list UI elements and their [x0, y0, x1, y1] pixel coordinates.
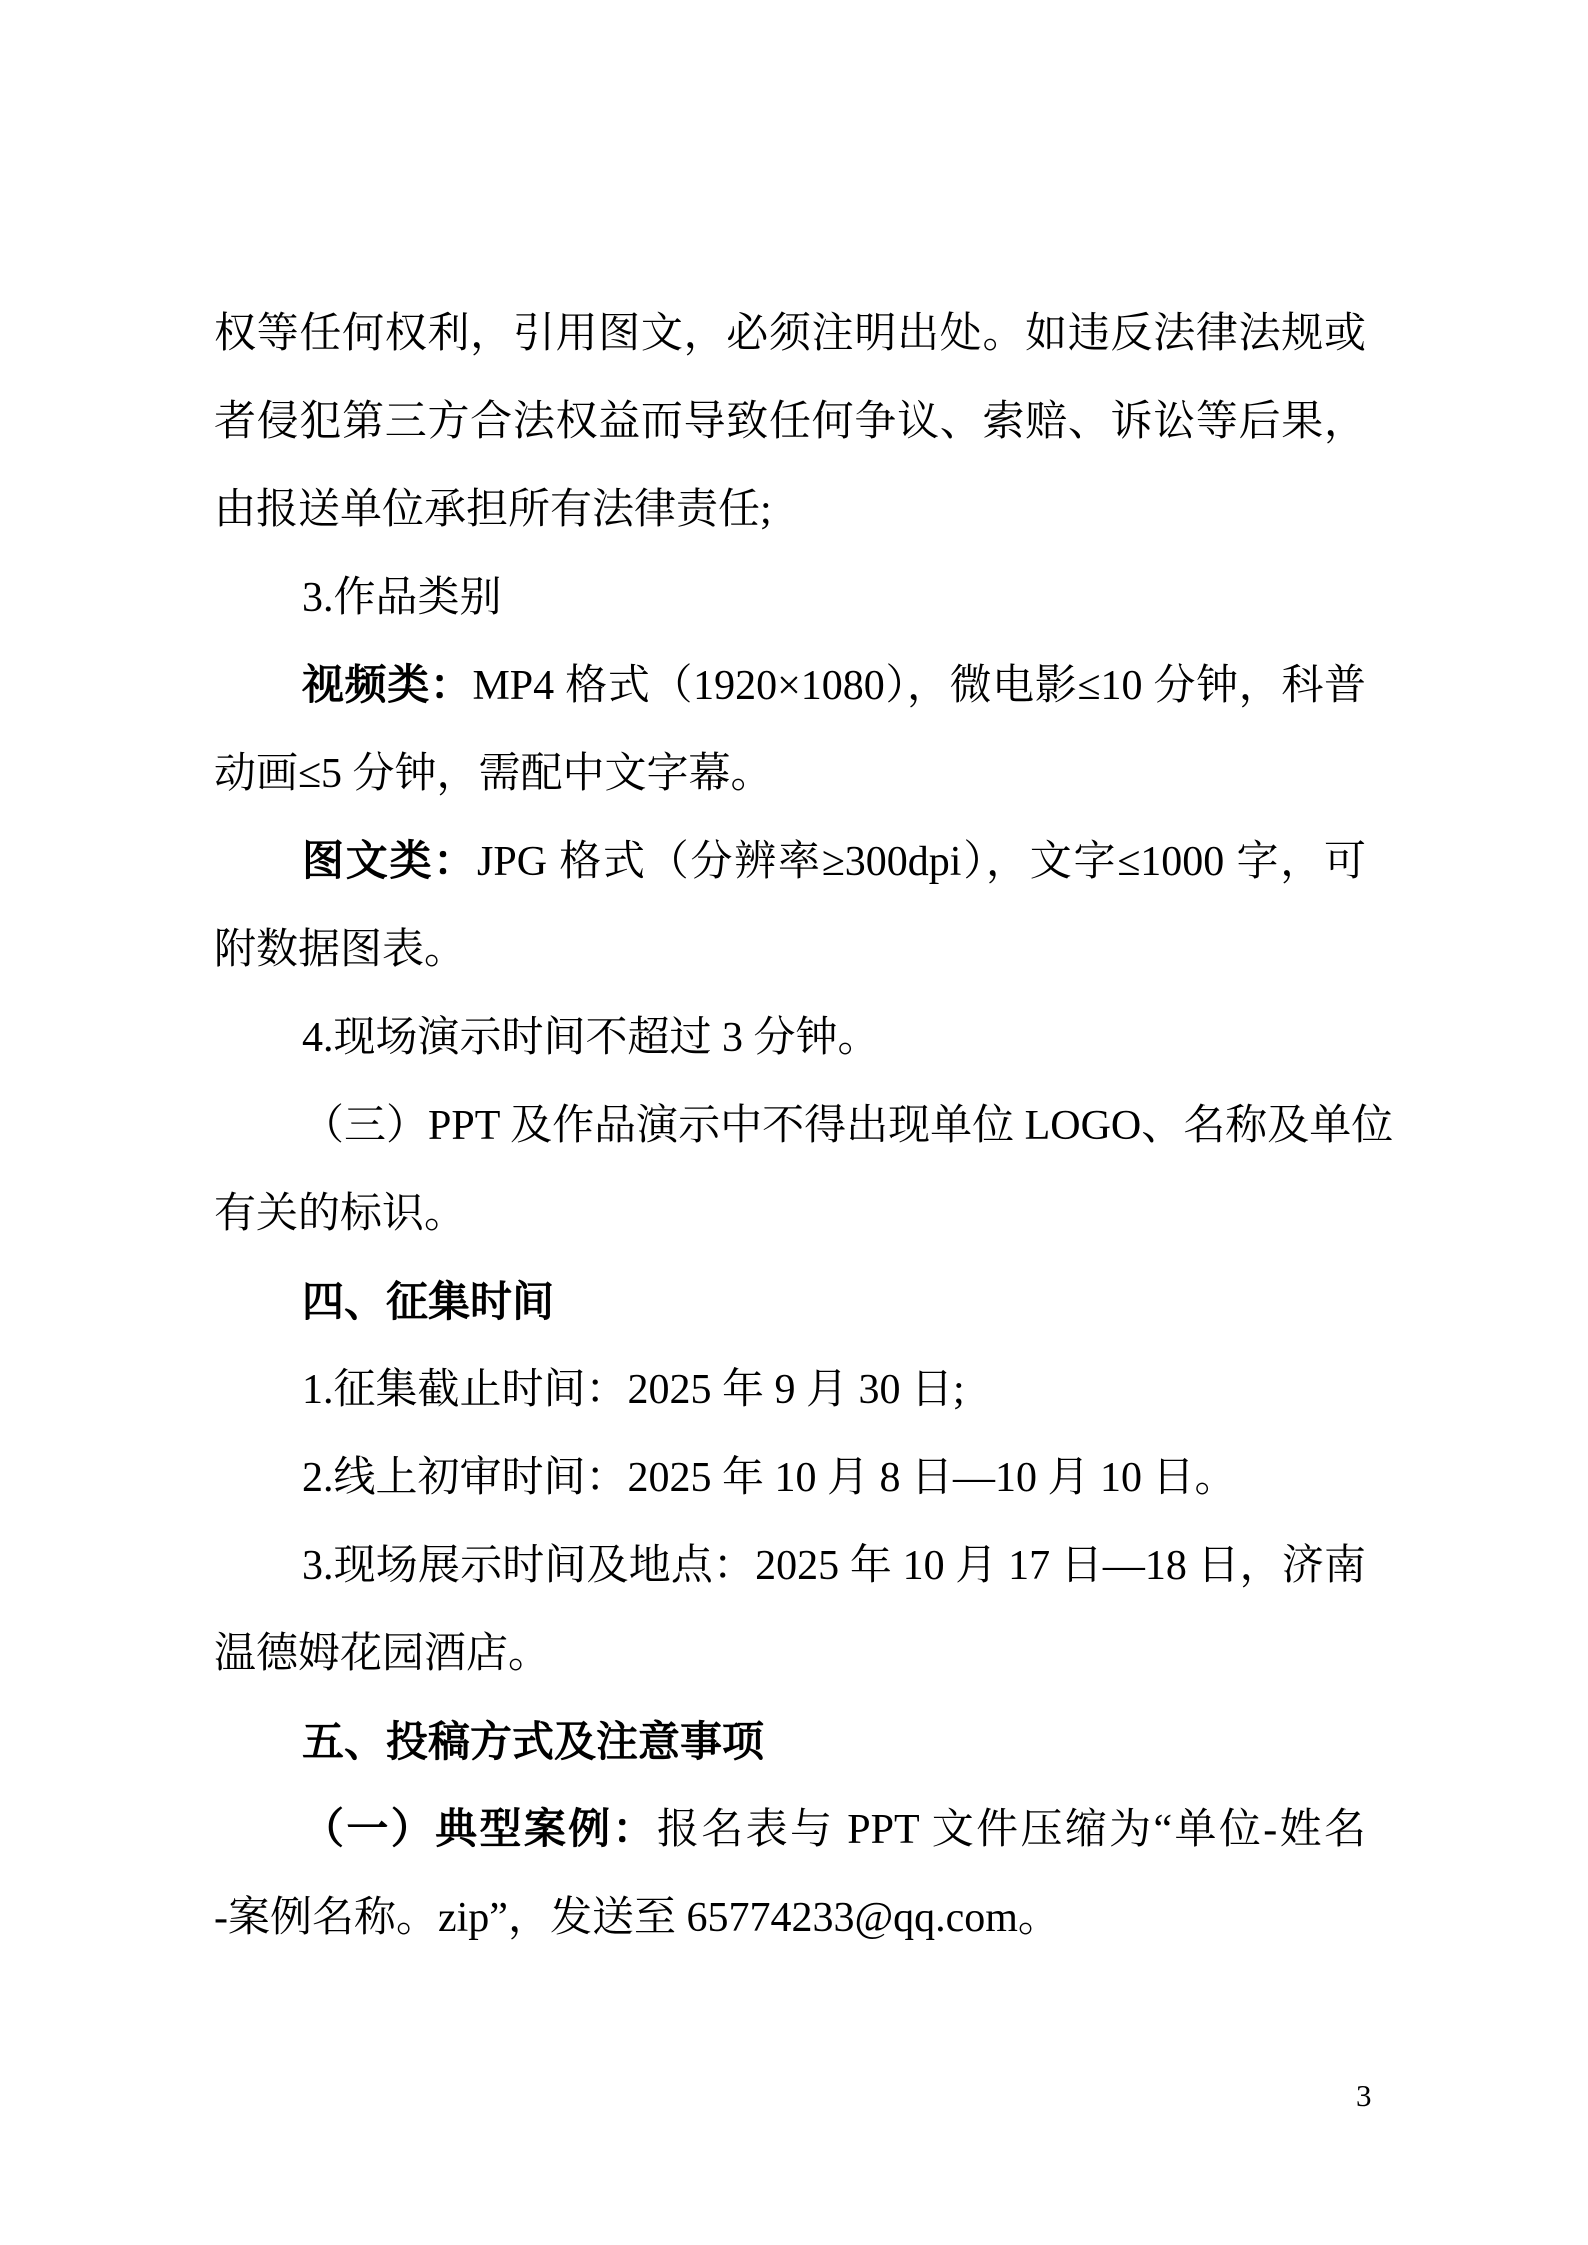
text-segment: 附数据图表。 — [214, 927, 466, 973]
text-line: 者侵犯第三方合法权益而导致任何争议、索赔、诉讼等后果， — [214, 394, 1366, 450]
text-segment: 权等任何权利，引用图文，必须注明出处。如违反法律法规或 — [214, 311, 1366, 357]
text-line: 视频类：MP4 格式（1920×1080），微电影≤10 分钟，科普 — [214, 658, 1366, 714]
text-line: 4.现场演示时间不超过 3 分钟。 — [214, 1010, 1366, 1066]
text-segment: -案例名称。zip”，发送至 65774233@qq.com。 — [214, 1895, 1060, 1941]
text-segment: 有关的标识。 — [214, 1191, 466, 1237]
text-line: 由报送单位承担所有法律责任; — [214, 482, 1366, 538]
text-line: （三）PPT 及作品演示中不得出现单位 LOGO、名称及单位 — [214, 1098, 1366, 1154]
text-segment: JPG 格式（分辨率≥300dpi），文字≤1000 字，可 — [477, 839, 1366, 885]
text-segment: 温德姆花园酒店。 — [214, 1631, 550, 1677]
text-segment: 者侵犯第三方合法权益而导致任何争议、索赔、诉讼等后果， — [214, 399, 1366, 445]
text-segment: 3.现场展示时间及地点：2025 年 10 月 17 日—18 日，济南 — [302, 1543, 1366, 1589]
text-segment: 由报送单位承担所有法律责任; — [214, 487, 772, 533]
text-line: 温德姆花园酒店。 — [214, 1626, 1366, 1682]
section-heading-line: 五、投稿方式及注意事项 — [214, 1714, 1366, 1771]
section-heading-line: 四、征集时间 — [214, 1274, 1366, 1331]
text-line: （一）典型案例：报名表与 PPT 文件压缩为“单位-姓名 — [214, 1802, 1366, 1858]
text-segment: 动画≤5 分钟，需配中文字幕。 — [214, 751, 773, 797]
text-line: 1.征集截止时间：2025 年 9 月 30 日; — [214, 1362, 1366, 1418]
bold-text-segment: 视频类： — [302, 663, 472, 709]
text-line: 3.现场展示时间及地点：2025 年 10 月 17 日—18 日，济南 — [214, 1538, 1366, 1594]
text-segment: 4.现场演示时间不超过 3 分钟。 — [302, 1015, 880, 1061]
bold-text-segment: 图文类： — [302, 839, 477, 885]
text-line: 动画≤5 分钟，需配中文字幕。 — [214, 746, 1366, 802]
text-segment: （三）PPT 及作品演示中不得出现单位 LOGO、名称及单位 — [302, 1103, 1393, 1149]
document-page: 权等任何权利，引用图文，必须注明出处。如违反法律法规或者侵犯第三方合法权益而导致… — [0, 0, 1588, 2245]
text-line: 图文类：JPG 格式（分辨率≥300dpi），文字≤1000 字，可 — [214, 834, 1366, 890]
text-segment: 报名表与 PPT 文件压缩为“单位-姓名 — [657, 1807, 1366, 1853]
text-line: 2.线上初审时间：2025 年 10 月 8 日—10 月 10 日。 — [214, 1450, 1366, 1506]
text-segment: 3.作品类别 — [302, 575, 502, 621]
bold-text-segment: （一）典型案例： — [302, 1807, 657, 1853]
text-line: 附数据图表。 — [214, 922, 1366, 978]
text-segment: MP4 格式（1920×1080），微电影≤10 分钟，科普 — [472, 663, 1366, 709]
bold-text-segment: 四、征集时间 — [302, 1278, 554, 1325]
text-segment: 1.征集截止时间：2025 年 9 月 30 日; — [302, 1367, 965, 1413]
bold-text-segment: 五、投稿方式及注意事项 — [302, 1718, 764, 1765]
text-line: 3.作品类别 — [214, 570, 1366, 626]
page-number: 3 — [1356, 2078, 1372, 2114]
text-segment: 2.线上初审时间：2025 年 10 月 8 日—10 月 10 日。 — [302, 1455, 1237, 1501]
text-line: -案例名称。zip”，发送至 65774233@qq.com。 — [214, 1890, 1366, 1946]
text-line: 有关的标识。 — [214, 1186, 1366, 1242]
text-line: 权等任何权利，引用图文，必须注明出处。如违反法律法规或 — [214, 306, 1366, 362]
